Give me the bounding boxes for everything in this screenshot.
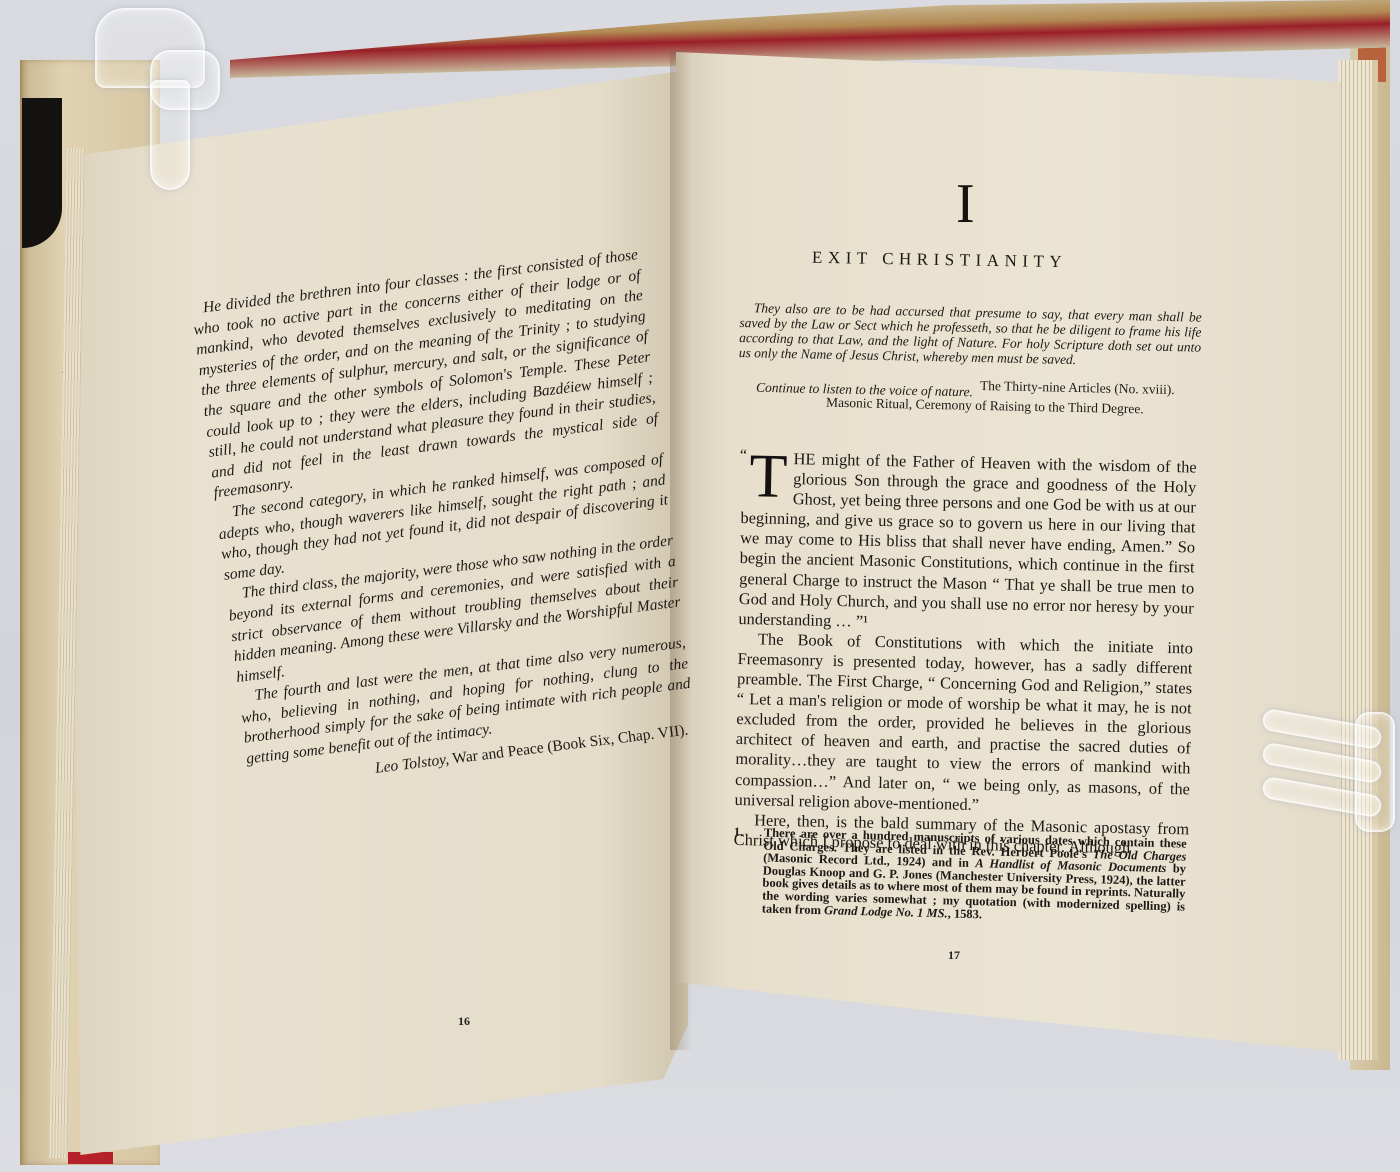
footnote-number: 1. xyxy=(734,826,744,839)
epigraph-text: They also are to be had accursed that pr… xyxy=(739,300,1202,370)
body-paragraph: THE might of the Father of Heaven with t… xyxy=(738,448,1197,638)
page-number-left: 16 xyxy=(458,1014,470,1029)
footnote-text: There are over a hundred manuscripts of … xyxy=(740,826,1187,926)
chapter-numeral: I xyxy=(956,176,975,232)
page-clip-icon xyxy=(150,80,190,190)
drop-cap: T xyxy=(749,452,788,501)
cover-red-edge xyxy=(68,1152,113,1164)
footnote: 1. There are over a hundred manuscripts … xyxy=(740,826,1187,926)
page-clip-icon xyxy=(1355,712,1395,832)
opening-quote-mark: “ xyxy=(740,446,748,466)
open-book: t c E D fi a w w H d at th in Th Ro or t… xyxy=(0,0,1400,1172)
jacket-black-graphic xyxy=(22,98,62,248)
body-paragraph: The Book of Constitutions with which the… xyxy=(734,629,1193,819)
page-number-right: 17 xyxy=(948,948,960,963)
chapter-body: “ THE might of the Father of Heaven with… xyxy=(734,448,1197,859)
right-page-epigraph: They also are to be had accursed that pr… xyxy=(739,300,1202,370)
left-page-epigraph: He divided the brethren into four classe… xyxy=(190,245,697,794)
page-block-edge xyxy=(1338,60,1378,1060)
